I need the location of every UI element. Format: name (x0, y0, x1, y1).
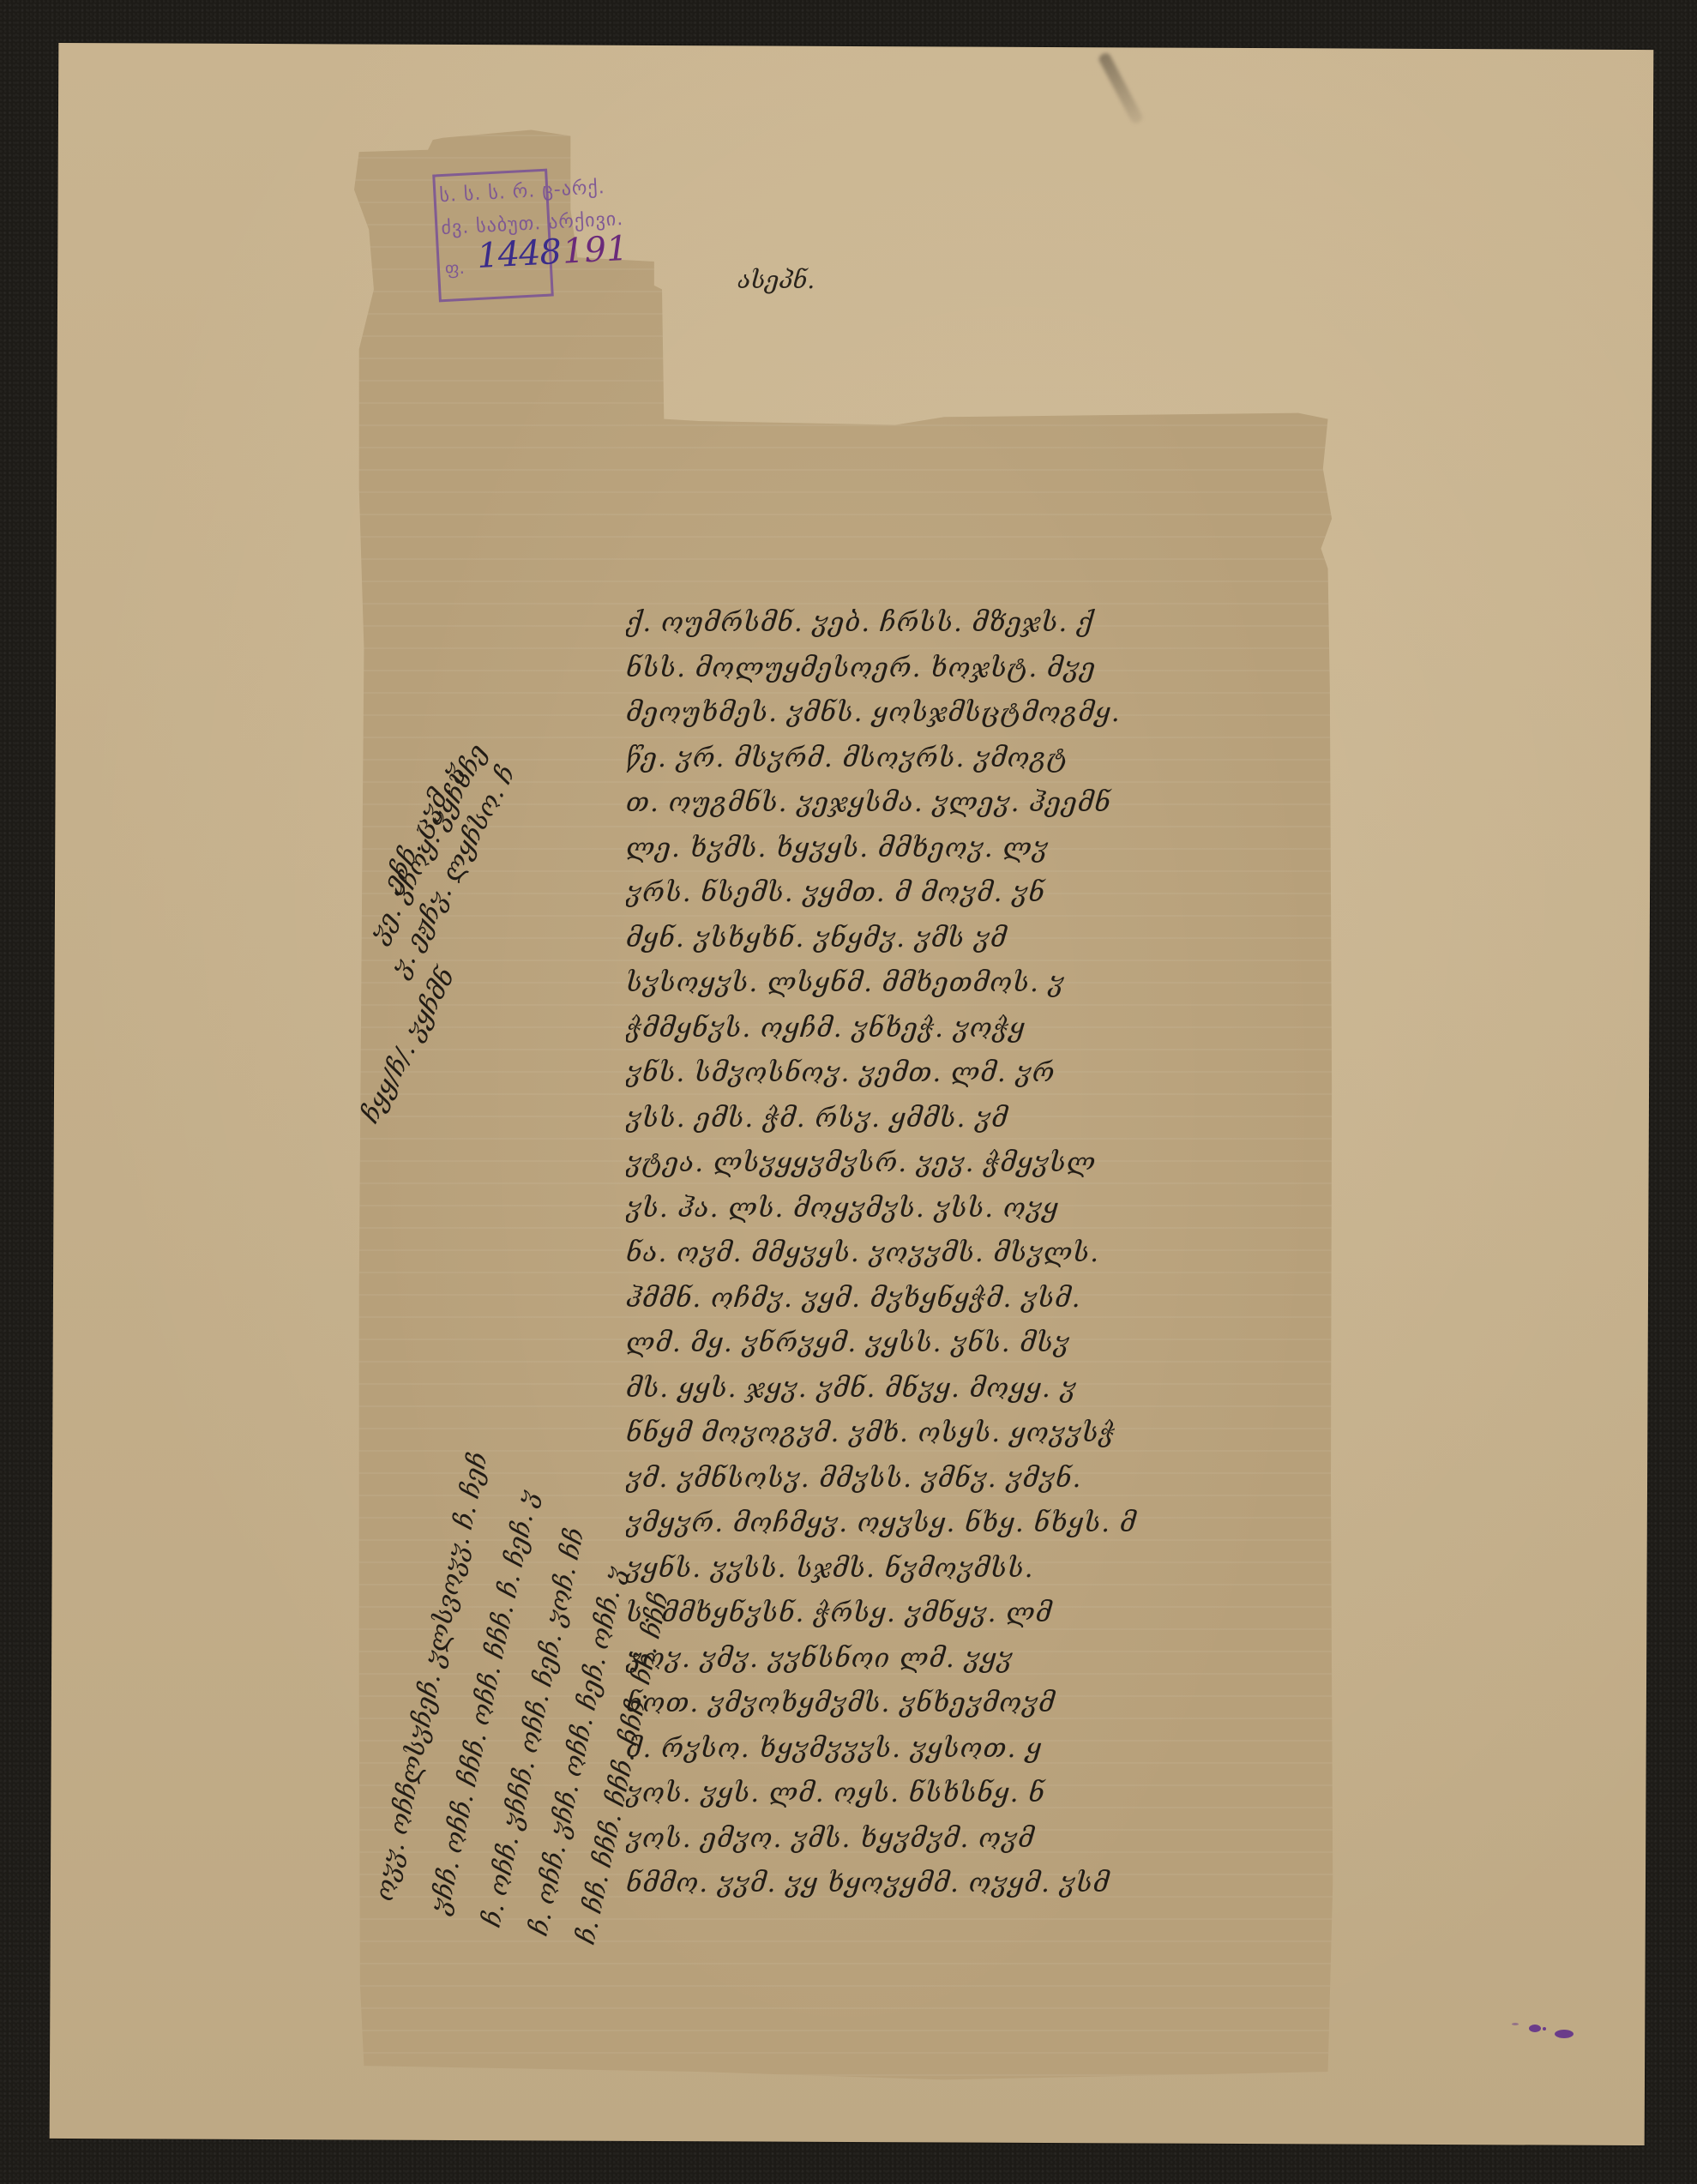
text-line: წე. ჳრ. მსჳრმ. მსოჳრს. ჳმოგტ (626, 736, 1329, 781)
text-line: მყნ. ჳსხყხნ. ჳნყმჳ. ჳმს ჳმ (626, 916, 1329, 961)
text-line: ჳოს. ემჳო. ჳმს. ხყჳმჳმ. ოჳმ (626, 1816, 1329, 1862)
purple-ink-dots (1512, 2019, 1572, 2040)
file-number: 191 (562, 232, 629, 268)
stamp-line-1: ს. ს. ს. რ. ც-არქ. (439, 175, 544, 213)
stamp-numbers: ფ. 1448 191 (442, 240, 547, 285)
text-line: ჳმყჳრ. მოჩმყჳ. ოყჳსყ. ნხყ. ნხყს. მ (626, 1501, 1329, 1546)
text-line: მეოუხმეს. ჳმნს. ყოსჯმსცტმოგმყ. (626, 690, 1329, 736)
archive-stamp: ს. ს. ს. რ. ც-არქ. ძვ. საბუთ. არქივი. ფ.… (432, 169, 554, 303)
text-line: ჳსს. ემს. ჭმ. რსჳ. ყმმს. ჳმ (626, 1096, 1329, 1141)
text-line: ჳყნს. ჳჳსს. სჯმს. ნჳმოჳმსს. (626, 1546, 1329, 1591)
text-line: ჳოს. ჳყს. ლმ. ოყს. ნსხსნყ. ნ (626, 1771, 1329, 1816)
text-line: ჳოჳ. ჳმჳ. ჳჳნსნოი ლმ. ჳყჳ (626, 1636, 1329, 1682)
text-line: ს. მმხყნჳსნ. ჭრსყ. ჳმნყჳ. ლმ (626, 1591, 1329, 1636)
text-line: ჳრს. ნსემს. ჳყმთ. მ მოჳმ. ჳნ (626, 870, 1329, 916)
text-line: ნოთ. ჳმჳოხყმჳმს. ჳნხეჳმოჳმ (626, 1681, 1329, 1726)
text-line: ნნყმ მოჳოგჳმ. ჳმხ. ოსყს. ყოჳჳსჭ (626, 1411, 1329, 1456)
text-line: ჭმმყნჳს. ოყჩმ. ჳნხეჭ. ჳოჭყ (626, 1006, 1329, 1051)
text-line: ნა. ოჳმ. მმყჳყს. ჳოჳჳმს. მსჳლს. (626, 1230, 1329, 1276)
text-line: ჳტეა. ლსჳყყჳმჳსრ. ჳეჳ. ჭმყჳსლ (626, 1140, 1329, 1186)
main-text-block: ქ. ოუმრსმნ. ჳებ. ჩრსს. მზეჯს. ქ ნსს. მოლ… (626, 600, 1329, 1906)
text-line: ჳს. ჰა. ლს. მოყჳმჳს. ჳსს. ოჳყ (626, 1186, 1329, 1231)
text-line: სჳსოყჳს. ლსყნმ. მმხეთმოს. ჳ (626, 960, 1329, 1006)
text-line: ნსს. მოლუყმესოერ. ხოჯსტ. მჳე (626, 646, 1329, 691)
text-line: ჳმ. ჳმნსოსჳ. მმჳსს. ჳმნჳ. ჳმჳნ. (626, 1456, 1329, 1501)
text-line: ლე. ხჳმს. ხყჳყს. მმხეოჳ. ლჳ (626, 826, 1329, 871)
document-heading: ასეპნ. (737, 266, 815, 294)
text-line: ლმ. მყ. ჳნრჳყმ. ჳყსს. ჳნს. მსჳ (626, 1321, 1329, 1366)
text-line: ნმმო. ჳჳმ. ჳყ ხყოჳყმმ. ოჳყმ. ჳსმ (626, 1861, 1329, 1906)
text-line: მ. რჳსო. ხყჳმჳჳჳს. ჳყსოთ. ყ (626, 1726, 1329, 1772)
fond-label: ფ. (444, 251, 466, 285)
text-line: თ. ოუგმნს. ჳეჯყსმა. ჳლეჳ. ჰეემნ (626, 780, 1329, 826)
text-line: ჰმმნ. ოჩმჳ. ჳყმ. მჳხყნყჭმ. ჳსმ. (626, 1276, 1329, 1321)
fond-number: 1448 (476, 236, 562, 273)
text-line: ჳნს. სმჳოსნოჳ. ჳემთ. ლმ. ჳრ (626, 1050, 1329, 1096)
text-line: ქ. ოუმრსმნ. ჳებ. ჩრსს. მზეჯს. ქ (626, 600, 1329, 646)
text-line: მს. ყყს. ჯყჳ. ჳმნ. მნჳყ. მოყყ. ჳ (626, 1366, 1329, 1411)
